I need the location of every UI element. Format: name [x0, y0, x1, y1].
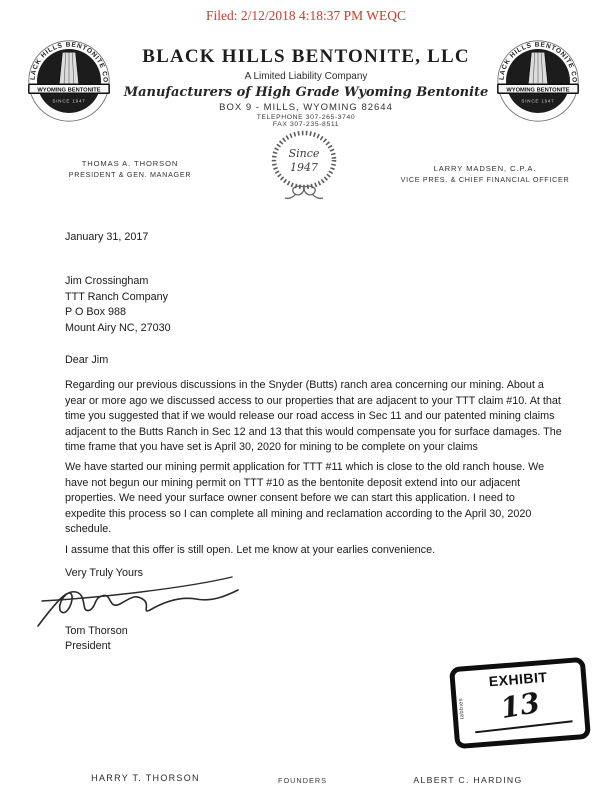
filing-stamp: Filed: 2/12/2018 4:18:37 PM WEQC	[0, 8, 612, 24]
company-address: BOX 9 - MILLS, WYOMING 82644	[112, 102, 500, 113]
officer-right: LARRY MADSEN, C.P.A. VICE PRES. & CHIEF …	[366, 164, 604, 184]
company-seal-right: BLACK HILLS BENTONITE CO. WYOMING BENTON…	[497, 40, 579, 122]
svg-text:WYOMING BENTONITE: WYOMING BENTONITE	[37, 87, 100, 93]
company-tagline: Manufacturers of High Grade Wyoming Bent…	[112, 85, 500, 100]
letterhead: BLACK HILLS BENTONITE, LLC A Limited Lia…	[112, 46, 500, 128]
officer-left-title: PRESIDENT & GEN. MANAGER	[16, 170, 244, 179]
officer-left-name: THOMAS A. THORSON	[16, 159, 244, 168]
exhibit-stamp: EXHIBIT tabbies 13	[449, 657, 591, 749]
recipient-pobox: P O Box 988	[65, 305, 610, 321]
founder-right: ALBERT C. HARDING	[398, 775, 538, 785]
company-fax: FAX 307-235-8511	[112, 121, 500, 128]
recipient-city: Mount Airy NC, 27030	[65, 321, 610, 337]
signer-name: Tom Thorson	[65, 624, 610, 640]
signer-title: President	[65, 639, 610, 655]
since-1947-badge: Since 1947	[265, 128, 343, 202]
svg-text:1947: 1947	[290, 161, 318, 174]
officer-left: THOMAS A. THORSON PRESIDENT & GEN. MANAG…	[16, 159, 244, 179]
devils-tower-seal-icon: BLACK HILLS BENTONITE CO. WYOMING BENTON…	[497, 40, 579, 122]
founders-label: FOUNDERS	[250, 776, 355, 785]
laurel-wreath-icon: Since 1947	[265, 128, 343, 202]
body-paragraph-3: I assume that this offer is still open. …	[65, 543, 610, 559]
recipient-name: Jim Crossingham	[65, 274, 610, 290]
officer-right-title: VICE PRES. & CHIEF FINANCIAL OFFICER	[366, 175, 604, 184]
recipient-address: Jim Crossingham TTT Ranch Company P O Bo…	[65, 274, 610, 336]
devils-tower-seal-icon: BLACK HILLS BENTONITE CO. WYOMING BENTON…	[28, 40, 110, 122]
company-telephone: TELEPHONE 307-265-3740	[112, 114, 500, 121]
svg-text:Since: Since	[289, 147, 320, 160]
letter-date: January 31, 2017	[65, 230, 610, 246]
body-paragraph-1: Regarding our previous discussions in th…	[65, 378, 610, 456]
officer-right-name: LARRY MADSEN, C.P.A.	[366, 164, 604, 173]
scanned-letter-page: Filed: 2/12/2018 4:18:37 PM WEQC BLACK H…	[0, 0, 612, 792]
svg-text:SINCE 1947: SINCE 1947	[521, 98, 554, 103]
recipient-company: TTT Ranch Company	[65, 290, 610, 306]
company-subtitle: A Limited Liability Company	[112, 71, 500, 82]
body-paragraph-2: We have started our mining permit applic…	[65, 460, 610, 538]
company-name: BLACK HILLS BENTONITE, LLC	[112, 46, 500, 68]
founder-left: HARRY T. THORSON	[78, 773, 213, 783]
svg-text:WYOMING BENTONITE: WYOMING BENTONITE	[506, 87, 569, 93]
salutation: Dear Jim	[65, 353, 610, 369]
svg-text:SINCE 1947: SINCE 1947	[52, 98, 85, 103]
company-seal-left: BLACK HILLS BENTONITE CO. WYOMING BENTON…	[28, 40, 110, 122]
